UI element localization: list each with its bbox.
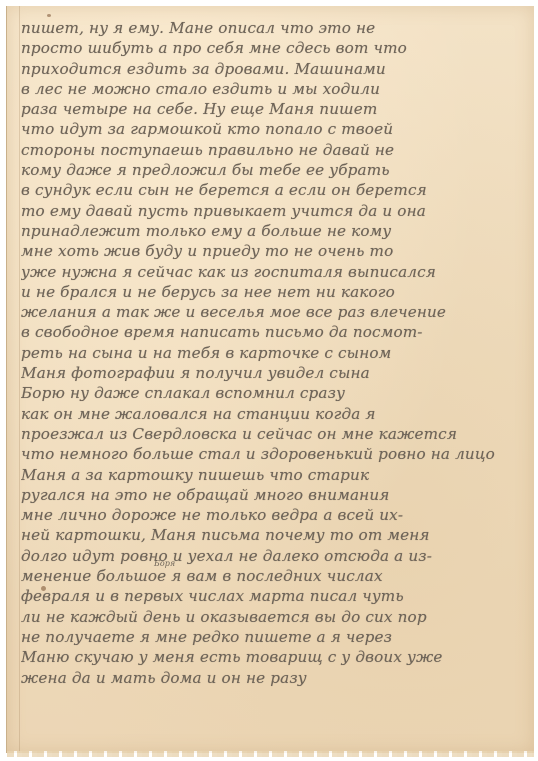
text-line: раза четыре на себе. Ну еще Маня пишет <box>21 99 533 119</box>
text-line: что идут за гармошкой кто попало с твоей <box>21 119 533 139</box>
text-line: долго идут ровно и уехал не далеко отсюд… <box>21 546 533 566</box>
text-line: мне хоть жив буду и приеду то не очень т… <box>21 241 533 261</box>
letter-page: Боря пишет, ну я ему. Мане описал что эт… <box>6 6 534 753</box>
text-line: Маню скучаю у меня есть товарищ с у двои… <box>21 647 533 667</box>
text-line: просто шибуть а про себя мне сдесь вот ч… <box>21 38 533 58</box>
text-line: пишет, ну я ему. Мане описал что это не <box>21 18 533 38</box>
text-line: желания а так же и веселья мое все раз в… <box>21 302 533 322</box>
text-line: приходится ездить за дровами. Машинами <box>21 59 533 79</box>
text-line: уже нужна я сейчас как из госпиталя выпи… <box>21 262 533 282</box>
text-line: не получаете я мне редко пишете а я чере… <box>21 627 533 647</box>
text-line: что немного больше стал и здоровенький р… <box>21 444 533 464</box>
text-line: то ему давай пусть привыкает учится да и… <box>21 201 533 221</box>
text-line: и не брался и не берусь за нее нет ни ка… <box>21 282 533 302</box>
text-line: кому даже я предложил бы тебе ее убрать <box>21 160 533 180</box>
text-line: Маня фотографии я получил увидел сына <box>21 363 533 383</box>
text-line: в свободное время написать письмо да пос… <box>21 322 533 342</box>
text-line: в лес не можно стало ездить и мы ходили <box>21 79 533 99</box>
text-line: мне лично дороже не только ведра а всей … <box>21 505 533 525</box>
text-line: Борю ну даже сплакал вспомнил сразу <box>21 383 533 403</box>
text-line: ругался на это не обращай много внимания <box>21 485 533 505</box>
text-line: как он мне жаловался на станции когда я <box>21 404 533 424</box>
text-line: принадлежит только ему а больше не кому <box>21 221 533 241</box>
text-line: жена да и мать дома и он не разу <box>21 668 533 688</box>
text-line: менение большое я вам в последних числах <box>21 566 533 586</box>
text-line: ней картошки, Маня письма почему то от м… <box>21 525 533 545</box>
text-line: стороны поступаешь правильно не давай не <box>21 140 533 160</box>
text-line: Маня а за картошку пишешь что старик <box>21 465 533 485</box>
text-line: реть на сына и на тебя в карточке с сыно… <box>21 343 533 363</box>
text-line: февраля и в первых числах марта писал чу… <box>21 586 533 606</box>
fold-crease <box>19 6 20 753</box>
text-line: в сундук если сын не берется а если он б… <box>21 180 533 200</box>
text-line: ли не каждый день и оказывается вы до си… <box>21 607 533 627</box>
text-line: проезжал из Свердловска и сейчас он мне … <box>21 424 533 444</box>
handwritten-text: пишет, ну я ему. Мане описал что это не … <box>21 18 533 688</box>
ink-stain <box>47 14 51 17</box>
